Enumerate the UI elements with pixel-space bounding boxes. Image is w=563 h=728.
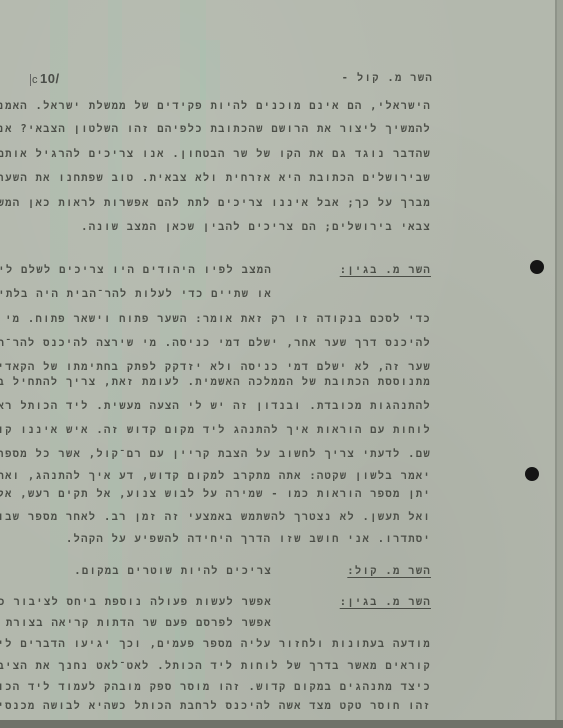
scan-edge-bottom — [0, 720, 563, 728]
punch-hole-upper — [530, 260, 544, 274]
text-line: יאמר בלשון שקטה: אתה מתקרב למקום קדוש, ד… — [0, 470, 431, 483]
header-speaker: השר מ. קול - — [342, 72, 433, 85]
text-line: אפשר לעשות פעולה נוספת ביחס לציבור כולו. — [0, 596, 272, 609]
text-line: כדי לסכם בנקודה זו רק זאת אומר: השער פתו… — [0, 313, 431, 326]
text-line: מודעה בעתונות ולחזור עליה מספר פעמים, וכ… — [0, 638, 431, 651]
speaker-label: השר מ. בגין: — [340, 264, 431, 277]
text-line: מתנוססת הכתובת של הממלכה האשמית. לעומת ז… — [0, 376, 431, 389]
scan-edge-right — [557, 0, 563, 728]
text-line: מברך על כך; אבל איננו צריכים לתת להם אפש… — [0, 197, 431, 210]
text-line: לוחות עם הוראות איך להתנהג ליד מקום קדוש… — [0, 424, 431, 437]
text-line: יתן מספר הוראות כמו - שמירה על לבוש צנוע… — [0, 488, 431, 501]
text-line: המצב לפיו היהודים היו צריכים לשלם לירה — [0, 264, 272, 277]
text-line: ואל תעשן. לא נצטרך להשתמש באמצעי זה זמן … — [0, 511, 431, 524]
page-number: 10/ — [40, 71, 60, 86]
text-line: שם. לדעתי צריך לחשוב על הצבת קריין עם רם… — [0, 448, 431, 461]
document-page: c10/ השר מ. קול - הישראלי, הם אינם מוכני… — [0, 0, 557, 722]
text-line: שהדבר נוגד גם את הקו של שר הבטחון. אנו צ… — [0, 148, 431, 161]
text-line: הישראלי, הם אינם מוכנים להיות פקידים של … — [0, 100, 431, 113]
text-line: אפשר לפרסם פעם שר הדתות קריאה בצורת — [6, 617, 272, 630]
margin-mark: c — [30, 74, 38, 86]
text-line: להמשיך ליצור את הרושם שהכתובת כלפיהם זהו… — [0, 123, 431, 136]
text-line: כיצד מתנהגים במקום קדוש. זהו מוסר ספק מו… — [0, 681, 431, 694]
text-line: להיכנס דרך שער אחר, ישלם דמי כניסה. מי ש… — [0, 337, 431, 350]
text-line: או שתיים כדי לעלות להר־הבית היה בלתי־נסב… — [0, 288, 272, 301]
text-line: שבירושלים הכתובת היא אזרחית ולא צבאית. ט… — [0, 172, 431, 185]
text-line: צריכים להיות שוטרים במקום. — [74, 565, 272, 578]
text-line: להתנהגות מכובדת. ובנדון זה יש לי הצעה מע… — [0, 400, 431, 413]
text-line: צבאי בירושלים; הם צריכים להבין שכאן המצב… — [81, 221, 431, 234]
text-line: שער זה, לא ישלם דמי כניסה ולא יזדקק לפתק… — [0, 361, 431, 374]
punch-hole-lower — [525, 467, 539, 481]
text-line: קוראים מאשר בדרך של לוחות ליד הכותל. לאט… — [0, 660, 431, 673]
page-number-note: c10/ — [30, 71, 60, 86]
speaker-label: השר מ. בגין: — [340, 596, 431, 609]
text-line: יסתדרו. אני חושב שזו הדרך היחידה להשפיע … — [66, 533, 431, 546]
speaker-label: השר מ. קול: — [347, 565, 431, 578]
text-line: זהו חוסר טקט מצד אשה להיכנס לרחבת הכותל … — [0, 700, 431, 713]
